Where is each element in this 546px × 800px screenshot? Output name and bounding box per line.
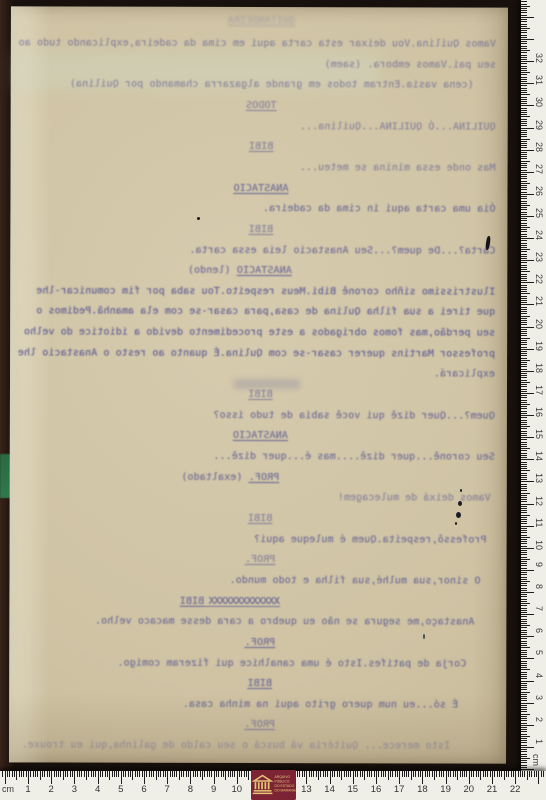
ruler-tick [521,654,527,655]
ruler-tick [521,590,527,591]
ruler-tick [531,771,532,777]
ruler-tick [181,771,182,777]
ruler-tick [202,771,203,780]
ruler-tick [248,771,249,780]
ruler-tick [521,630,527,631]
ruler-tick [395,771,396,777]
ruler-tick [521,703,534,704]
ruler-tick [521,178,527,179]
ruler-tick [478,771,479,777]
script-line: Ilustrissimo siñho coronê Bibi.Meus resp… [26,285,495,298]
ruler-tick [521,10,527,11]
ruler-tick [521,647,530,648]
ruler-tick [521,714,530,715]
ruler-tick [521,422,527,423]
ruler-tick [490,771,491,777]
ruler-tick [309,771,310,777]
ruler-number: 30 [534,97,544,113]
ruler-tick [521,1,527,2]
ruler-tick [521,285,527,286]
ruler-tick [521,231,527,232]
ruler-tick [521,26,527,27]
ruler-tick [521,698,527,699]
ruler-number: 1 [534,739,544,755]
ruler-tick [521,652,527,653]
ruler-tick [105,771,106,777]
ruler-tick [521,674,527,675]
ruler-tick [521,528,527,529]
ruler-tick [521,397,527,398]
ruler-tick [112,771,113,777]
ruler-tick [521,196,527,197]
ruler-number: 17 [534,385,544,401]
ruler-tick [521,411,527,412]
ruler-tick [521,298,527,299]
ruler-tick [521,207,527,208]
ruler-number: 8 [534,584,544,600]
script-line: que tirei a sua filha Qulina de casa,par… [26,306,495,319]
ruler-tick [471,771,472,777]
ruler-tick [521,59,527,60]
speaker-name: BIBI [247,678,272,689]
ruler-tick [297,771,298,777]
ruler-tick [367,771,368,777]
ruler-tick [521,183,530,184]
ruler-tick [163,771,164,777]
ruler-tick [521,636,534,637]
ruler-tick [521,304,534,305]
ruler-tick [521,256,527,257]
script-line: explicará. [26,368,495,381]
ruler-tick [521,687,527,688]
ruler-number: 10 [227,784,247,795]
ruler-tick [174,771,175,777]
ruler-tick [425,771,426,777]
ruler-number: 8 [180,784,200,795]
ruler-tick [443,771,444,777]
ruler-tick [521,747,534,748]
ruler-tick [441,771,442,777]
ruler-tick [521,262,527,263]
ruler-tick [176,771,177,777]
ruler-tick [521,282,534,283]
ruler-tick [344,771,345,777]
ruler-tick [521,342,527,343]
ruler-tick [521,694,527,695]
ruler-tick [146,771,147,777]
speaker-heading: PROF. [25,719,494,732]
ruler-tick [383,771,384,777]
script-line: Quem?...Quer dizê qui você sabia de tudo… [26,409,495,422]
ruler-tick [521,362,527,363]
ruler-tick [200,771,201,777]
ruler-tick [521,526,534,527]
ruler-number: 22 [505,784,525,795]
ruler-tick [521,716,527,717]
ruler-tick [483,771,484,777]
ruler-tick [40,771,41,780]
ruler-number: 32 [534,53,544,69]
ruler-number: 4 [534,673,544,689]
ruler-tick [521,274,527,275]
ruler-tick [521,309,527,310]
ruler-tick [521,729,527,730]
ruler-tick [49,771,50,777]
ruler-tick [521,28,530,29]
ruler-number: 18 [534,363,544,379]
ruler-tick [521,289,527,290]
ruler-tick [521,707,527,708]
ruler-tick [521,738,527,739]
ruler-tick [521,658,534,659]
ruler-tick [521,209,527,210]
ruler-tick [197,771,198,777]
archive-stamp-graphic: ARQUIVO PÚBLICO DO ESTADO DO MARANHÃO [251,770,296,800]
ruler-tick [521,481,534,482]
ruler-tick [56,771,57,777]
ruler-tick [67,771,68,777]
ruler-tick [521,313,527,314]
ruler-tick [460,771,461,777]
ruler-tick [521,50,530,51]
ruler-tick [492,771,493,784]
ruler-tick [439,771,440,777]
ruler-tick [418,771,419,777]
ruler-tick [521,486,527,487]
ruler-tick [501,771,502,777]
speaker-heading: XXXXXXXXXXXXX BIBI [25,595,494,608]
ruler-tick [521,81,527,82]
ruler-tick [521,705,527,706]
ruler-tick [72,771,73,777]
ruler-tick [521,634,527,635]
ruler-tick [521,725,534,726]
ruler-number: 7 [157,784,177,795]
ruler-tick [521,499,527,500]
ruler-tick [402,771,403,777]
ruler-tick [102,771,103,777]
script-line: professor Martins querer casar-se com Qu… [26,347,495,360]
speaker-name: PROF. [244,719,275,730]
ruler-tick [521,428,527,429]
ruler-tick [521,711,527,712]
ruler-tick [521,676,527,677]
ruler-tick [521,681,534,682]
ruler-tick [237,771,238,784]
ruler-tick [521,446,527,447]
ruler-tick [521,765,527,766]
ruler-tick [521,125,527,126]
ruler-tick [218,771,219,777]
ruler-tick [521,245,527,246]
ruler-tick [521,203,527,204]
ruler-number: 5 [534,650,544,666]
ruler-tick [521,561,527,562]
ruler-tick [521,110,527,111]
ruler-tick [304,771,305,777]
ruler-tick [521,742,527,743]
ruler-number: 2 [41,784,61,795]
ruler-tick [521,442,527,443]
ruler-tick [457,771,458,780]
ruler-tick [188,771,189,777]
stage-direction: (lendo) [188,265,237,276]
speaker-name: BIBI [249,141,274,152]
ruler-tick [318,771,319,780]
ruler-tick [521,404,530,405]
ruler-tick [521,364,527,365]
ruler-number: 22 [534,274,544,290]
ruler-tick [521,645,527,646]
ruler-tick [521,572,527,573]
ruler-tick [521,88,527,89]
ruler-tick [521,386,527,387]
ruler-tick [473,771,474,777]
ruler-tick [320,771,321,777]
ruler-tick [521,249,530,250]
ruler-tick [60,771,61,777]
ruler-number: 10 [534,540,544,556]
struck-out-text: XXXXXXXXXXXXX [204,595,280,606]
ruler-tick [521,393,534,394]
ruler-tick [521,205,530,206]
ruler-tick [225,771,226,780]
ruler-tick [521,43,527,44]
script-line: QUILINA...Ó QUILINA...Quilina... [27,120,496,133]
typewritten-text-block: QUITANDEIRA Vamos Quilina.Vou deixar est… [9,6,508,763]
ruler-tick [494,771,495,777]
ruler-tick [524,771,525,777]
ruler-tick [543,771,544,777]
ruler-tick [26,771,27,777]
script-line: Vamos deixá de mulecagem! [26,492,495,505]
speaker-name: ANASTACIO [237,265,292,276]
ruler-tick [223,771,224,777]
ruler-tick [408,771,409,777]
ruler-tick [521,468,527,469]
ruler-tick [116,771,117,777]
ruler-tick [411,771,412,780]
ruler-number: 31 [534,75,544,91]
ruler-tick [139,771,140,777]
ruler-tick [521,603,530,604]
ruler-tick [521,6,530,7]
ruler-tick [521,141,527,142]
ruler-tick [30,771,31,777]
ruler-tick [521,92,527,93]
ruler-tick [70,771,71,777]
ruler-tick [44,771,45,777]
ruler-tick [521,238,534,239]
ruler-tick [521,435,527,436]
ruler-tick [521,152,527,153]
ruler-tick [521,37,527,38]
ruler-tick [77,771,78,777]
ruler-tick [521,302,527,303]
ruler-tick [521,453,527,454]
ruler-tick [521,470,530,471]
ruler-tick [521,128,534,129]
ruler-tick [521,267,527,268]
ruler-tick [521,594,527,595]
ruler-tick [521,700,527,701]
ruler-tick [360,771,361,777]
ruler-tick [466,771,467,777]
ruler-tick [521,174,527,175]
ruler-tick [521,214,527,215]
ruler-number: 25 [534,208,544,224]
ruler-tick [521,537,530,538]
ink-speck [458,501,462,506]
ruler-tick [521,563,527,564]
ruler-tick [521,574,527,575]
ruler-tick [521,444,527,445]
ruler-tick [521,218,527,219]
ruler-tick [521,550,527,551]
ruler-tick [521,720,527,721]
ruler-tick [521,347,527,348]
ruler-tick [521,477,527,478]
ruler-tick [521,172,534,173]
ruler-tick [521,167,527,168]
ruler-tick [521,79,527,80]
ruler-tick [455,771,456,777]
ruler-tick [521,194,534,195]
ruler-number: 16 [534,407,544,423]
ruler-tick [521,583,527,584]
ruler-tick [65,771,66,777]
ruler-tick [58,771,59,777]
ruler-tick [521,77,527,78]
ruler-tick [527,771,528,780]
ruler-tick [521,616,527,617]
ruler-tick [397,771,398,777]
ruler-tick [521,185,527,186]
ruler-tick [521,493,530,494]
ruler-tick [521,8,527,9]
ruler-tick [339,771,340,777]
ruler-tick [100,771,101,777]
ruler-tick [521,156,527,157]
ruler-tick [151,771,152,777]
ruler-tick [234,771,235,777]
ruler-tick [521,596,527,597]
ruler-tick [521,448,530,449]
ruler-tick [521,510,527,511]
ruler-tick [464,771,465,777]
ruler-tick [12,771,13,777]
ruler-tick [521,762,527,763]
script-line: Óia uma carta aqui in cima da cadeira. [26,203,495,216]
ruler-unit-label: cm [531,754,541,766]
ruler-tick [521,85,527,86]
ruler-tick [521,63,527,64]
ruler-tick [179,771,180,780]
script-line: Corja de patifes.Isto é uma canalhice qu… [25,657,494,670]
page-title-heading: QUITANDEIRA [27,14,496,27]
ruler-number: 13 [534,473,544,489]
ruler-tick [521,55,527,56]
ruler-tick [316,771,317,777]
ruler-tick [230,771,231,777]
ruler-tick [521,17,534,18]
ruler-tick [521,198,527,199]
document-page: QUITANDEIRA Vamos Quilina.Vou deixar est… [9,6,508,763]
ruler-tick [469,771,470,784]
ruler-tick [355,771,356,777]
stamp-text-line: DO MARANHÃO [275,788,297,793]
ruler-tick [450,771,451,777]
ruler-tick [521,324,527,325]
ruler-tick [506,771,507,777]
speaker-name: BIBI [180,595,205,606]
speaker-heading: PROF. (exaltado) [26,471,495,484]
ruler-tick [521,736,530,737]
ruler-tick [385,771,386,777]
ruler-tick [521,455,527,456]
ruler-tick [521,767,527,768]
speaker-name: PROF. [245,554,276,565]
ruler-number: 4 [88,784,108,795]
ruler-tick [521,366,527,367]
ruler-tick [221,771,222,777]
ruler-tick [521,247,527,248]
ruler-tick [521,459,534,460]
ruler-tick [521,377,527,378]
ruler-tick [521,99,527,100]
script-line: Carta?...De quem?...Seu Anastacio leia e… [26,244,495,257]
ruler-tick [521,610,527,611]
stamp-text-line: PÚBLICO [275,779,290,784]
ruler-tick [246,771,247,777]
script-line: O sinor,sua mulhé,sua filha e todo mundo… [25,574,494,587]
ruler-tick [521,130,527,131]
speaker-name: PROF. [249,472,280,483]
ruler-tick [521,601,527,602]
ruler-tick [521,426,530,427]
ruler-number: 18 [412,784,432,795]
ruler-tick [521,258,527,259]
ruler-tick [156,771,157,780]
ruler-number: 20 [534,319,544,335]
ruler-number: 19 [436,784,456,795]
ruler-tick [88,771,89,777]
speaker-name: PROF. [245,637,276,648]
ruler-tick [521,417,527,418]
ruler-tick [521,495,527,496]
speaker-name: BIBI [248,513,273,524]
ruler-tick [521,52,527,53]
ruler-tick [521,760,527,761]
ruler-tick [406,771,407,777]
ruler-number: 14 [534,451,544,467]
ruler-tick [51,771,52,784]
ruler-tick [521,123,527,124]
ruler-tick [521,758,530,759]
speaker-name: BIBI [249,224,274,235]
ruler-tick [521,72,530,73]
ruler-tick [376,771,377,784]
ruler-tick [521,103,527,104]
ruler-tick [374,771,375,777]
script-line: Mas onde essa minina se meteu... [27,161,496,174]
ruler-tick [521,187,527,188]
ruler-tick [521,475,527,476]
ruler-tick [480,771,481,780]
ruler-number: 11 [534,518,544,534]
ruler-tick [453,771,454,777]
ruler-tick [521,158,527,159]
